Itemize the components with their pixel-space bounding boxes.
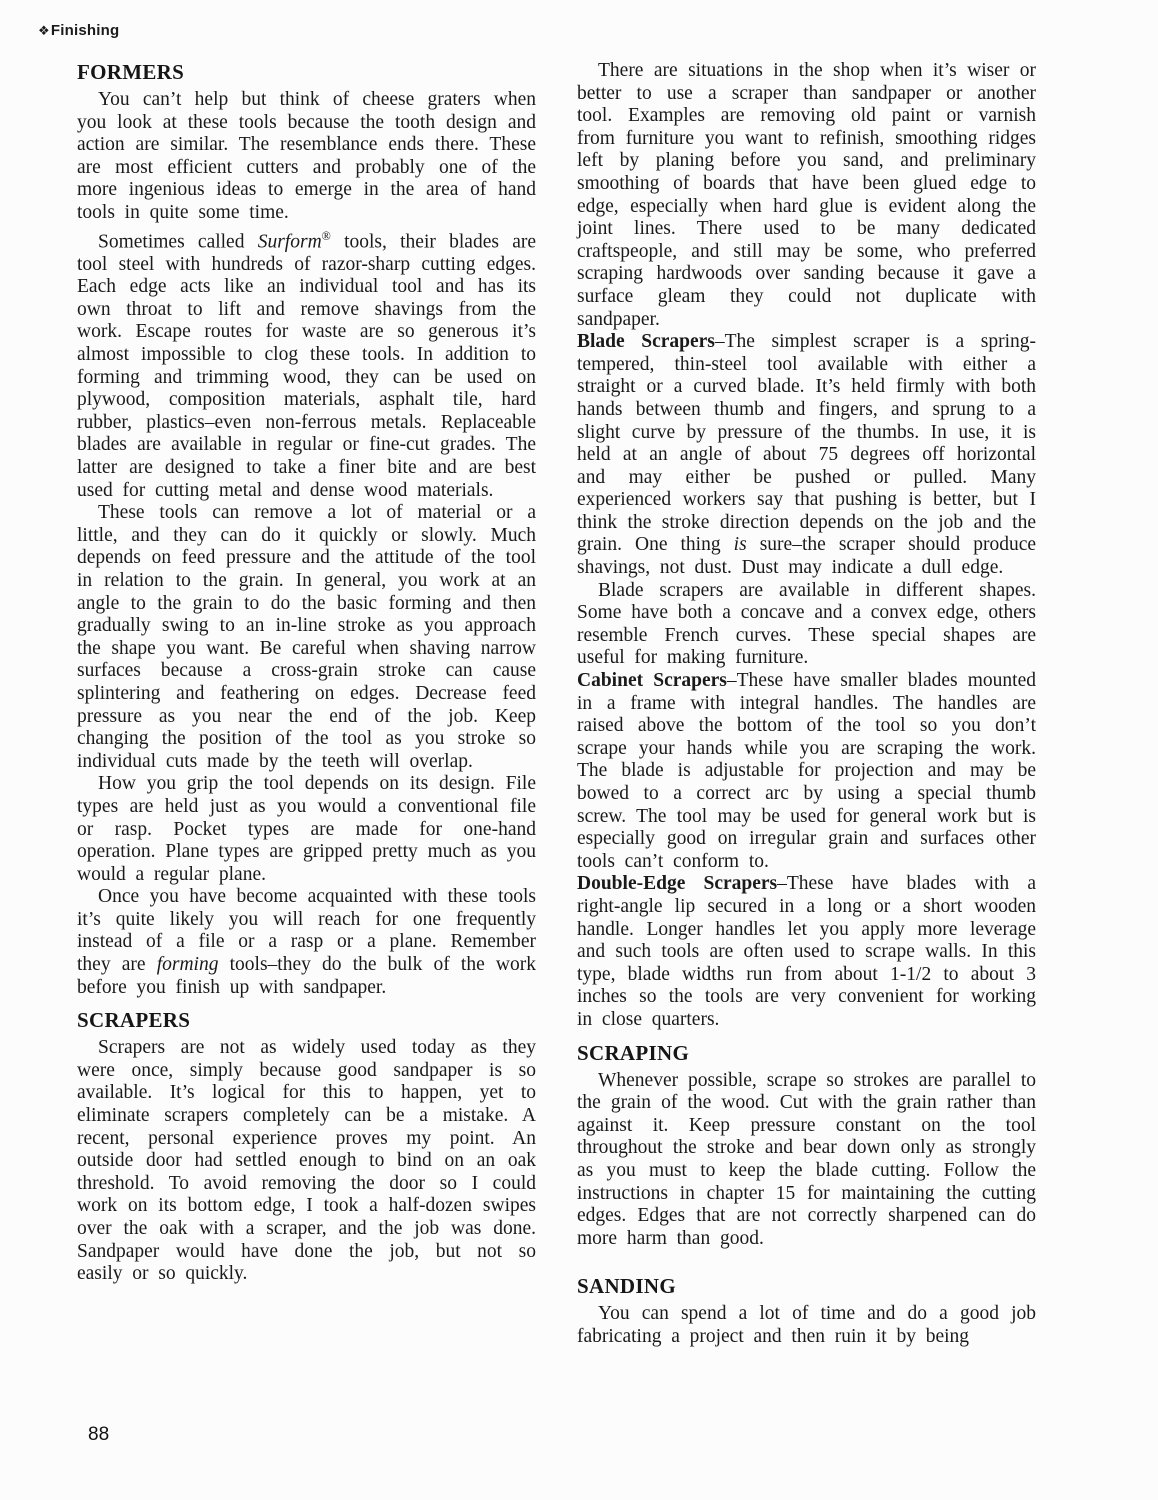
page-number: 88 (88, 1424, 109, 1446)
paragraph: Double-Edge Scrapers–These have blades w… (577, 873, 1036, 1031)
paragraph: Scrapers are not as widely used today as… (77, 1037, 536, 1286)
text-run: Blade scrapers are available in differen… (577, 580, 1036, 669)
text-run: tools, their blades are tool steel with … (77, 231, 536, 501)
section-heading-sanding: SANDING (577, 1274, 1036, 1299)
paragraph: How you grip the tool depends on its des… (77, 773, 536, 886)
text-run: Whenever possible, scrape so strokes are… (577, 1070, 1036, 1249)
right-column: There are situations in the shop when it… (577, 60, 1036, 1348)
paragraph: Cabinet Scrapers–These have smaller blad… (577, 670, 1036, 873)
running-header: ❖Finishing (38, 22, 119, 39)
paragraph: These tools can remove a lot of material… (77, 502, 536, 773)
run-in-heading: Blade Scrapers (577, 331, 715, 352)
text-run: Surform (258, 231, 322, 252)
text-run: –These have blades with a right-angle li… (577, 873, 1036, 1030)
text-run: forming (157, 954, 219, 975)
paragraph: Blade scrapers are available in differen… (577, 580, 1036, 670)
text-run: Sometimes called (98, 231, 258, 252)
section-marker-icon: ❖ (38, 23, 50, 38)
text-run: You can spend a lot of time and do a goo… (577, 1303, 1036, 1347)
left-column: FORMERSYou can’t help but think of chees… (77, 60, 536, 1286)
registered-mark: ® (322, 229, 331, 243)
book-page: ❖Finishing FORMERSYou can’t help but thi… (0, 0, 1158, 1500)
text-run: –The simplest scraper is a spring-temper… (577, 331, 1036, 555)
section-heading-formers: FORMERS (77, 60, 536, 85)
run-in-heading: Cabinet Scrapers (577, 670, 727, 691)
paragraph: Blade Scrapers–The simplest scraper is a… (577, 331, 1036, 580)
text-run: These tools can remove a lot of material… (77, 502, 536, 772)
running-header-label: Finishing (51, 22, 119, 39)
text-run: is (734, 534, 747, 555)
paragraph: Whenever possible, scrape so strokes are… (577, 1070, 1036, 1251)
text-run: Scrapers are not as widely used today as… (77, 1037, 536, 1284)
paragraph: Sometimes called Surform® tools, their b… (77, 225, 536, 503)
run-in-heading: Double-Edge Scrapers (577, 873, 777, 894)
text-run: How you grip the tool depends on its des… (77, 773, 536, 884)
paragraph: You can spend a lot of time and do a goo… (577, 1303, 1036, 1348)
paragraph: There are situations in the shop when it… (577, 60, 1036, 331)
section-heading-scraping: SCRAPING (577, 1041, 1036, 1066)
paragraph: Once you have become acquainted with the… (77, 886, 536, 999)
section-heading-scrapers: SCRAPERS (77, 1008, 536, 1033)
text-run: –These have smaller blades mounted in a … (577, 670, 1036, 872)
text-run: You can’t help but think of cheese grate… (77, 89, 536, 223)
text-run: There are situations in the shop when it… (577, 60, 1036, 330)
paragraph: You can’t help but think of cheese grate… (77, 89, 536, 225)
